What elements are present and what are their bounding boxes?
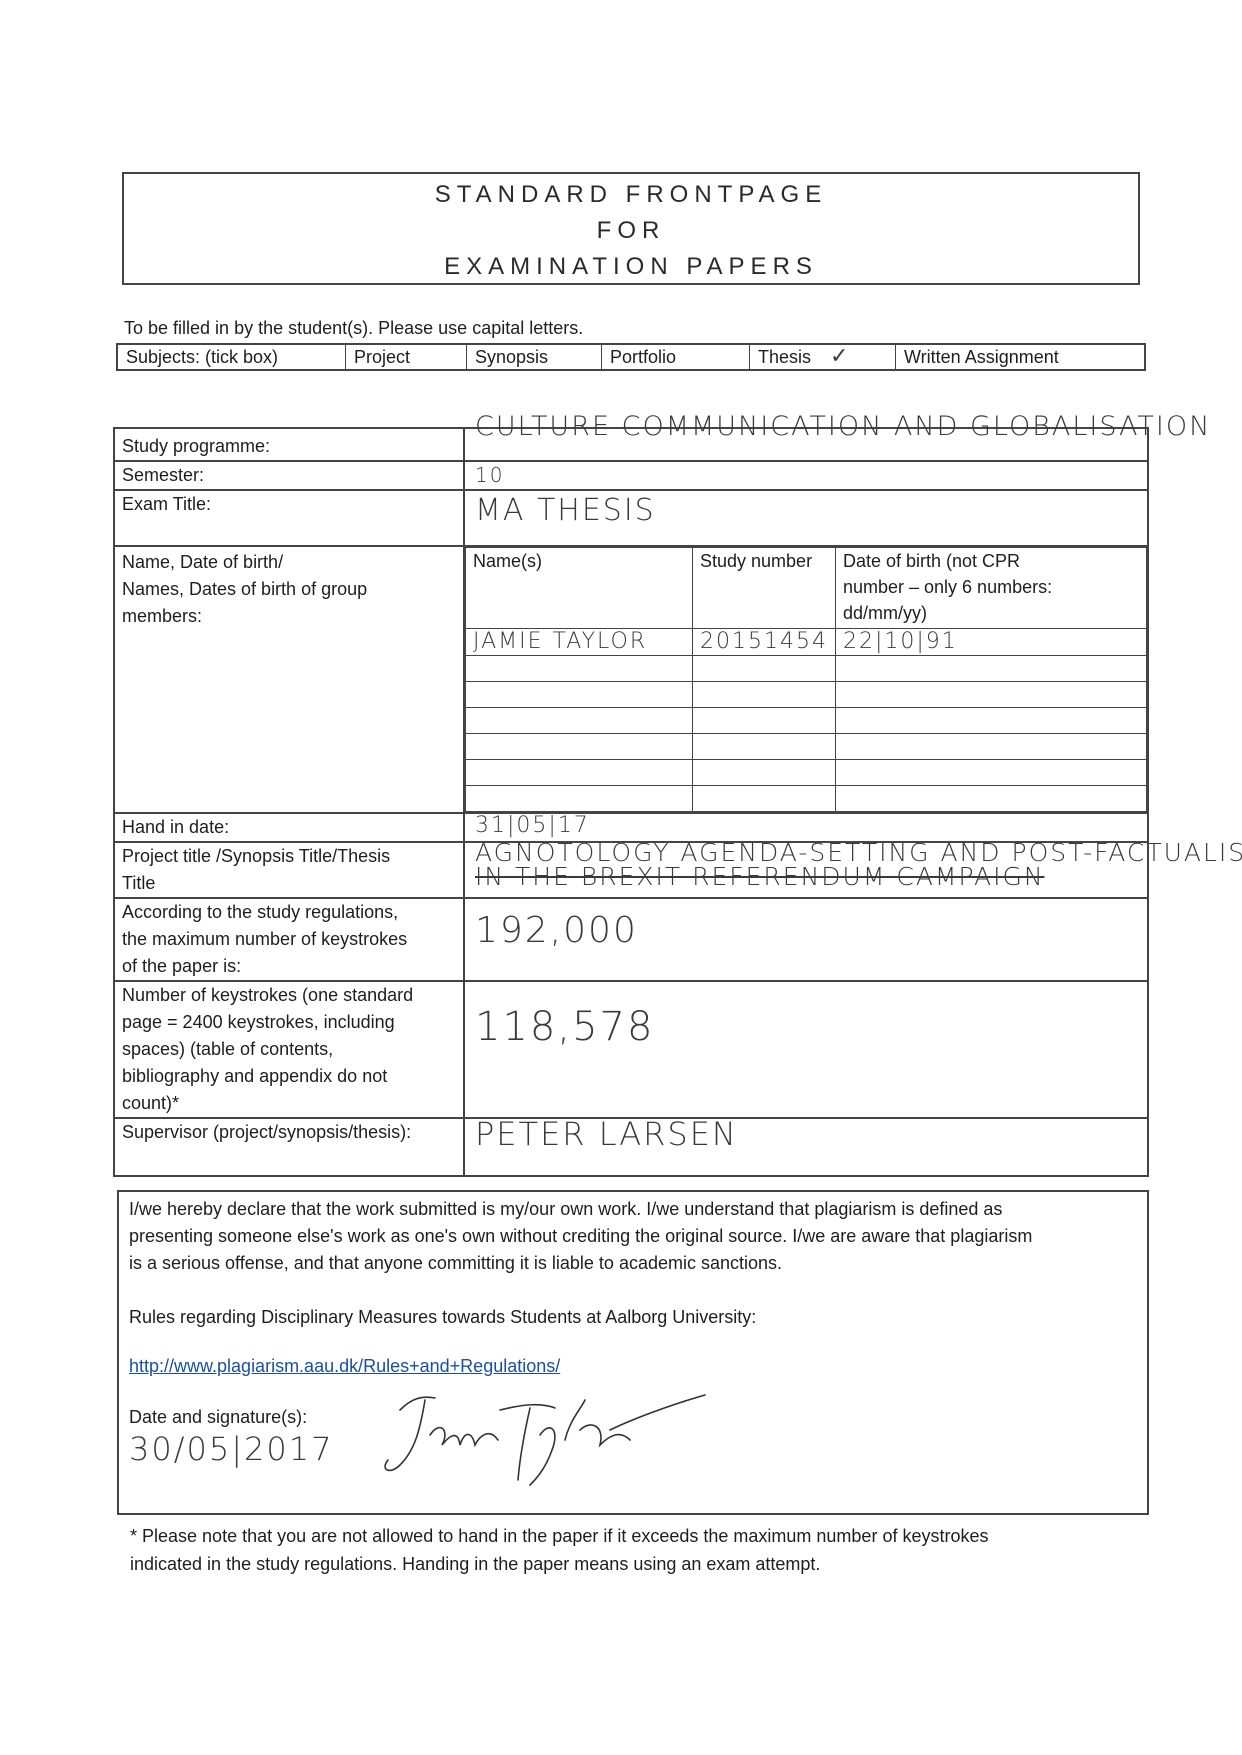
member-name-cell[interactable] — [466, 734, 693, 760]
hand-in-date-label: Hand in date: — [114, 813, 464, 842]
subject-thesis-checkbox[interactable]: Thesis ✓ — [750, 345, 896, 369]
subject-portfolio-checkbox[interactable]: Portfolio — [602, 345, 750, 369]
table-row — [466, 786, 1147, 812]
keystrokes-label-line3: spaces) (table of contents, — [122, 1036, 456, 1063]
check-mark-icon: ✓ — [830, 344, 850, 369]
supervisor-value: PETER LARSEN — [475, 1121, 738, 1148]
members-label-line3: members: — [122, 603, 456, 630]
study-programme-value: CULTURE COMMUNICATION AND GLOBALISATION — [475, 413, 1211, 440]
member-name-cell[interactable] — [466, 656, 693, 682]
subject-thesis-label: Thesis — [758, 347, 811, 367]
project-title-value-line2: IN THE BREXIT REFERENDUM CAMPAIGN — [475, 863, 1045, 890]
semester-value: 10 — [475, 462, 504, 489]
member-dob-cell[interactable] — [835, 760, 1146, 786]
table-row — [466, 734, 1147, 760]
subject-project-label: Project — [354, 347, 410, 367]
dob-header-line1: Date of birth (not CPR — [843, 548, 1139, 574]
member-name-cell[interactable] — [466, 786, 693, 812]
supervisor-label: Supervisor (project/synopsis/thesis): — [114, 1118, 464, 1176]
member-study-number-cell[interactable] — [693, 786, 836, 812]
member-study-number-cell[interactable] — [693, 708, 836, 734]
project-title-field[interactable]: AGNOTOLOGY AGENDA-SETTING AND POST-FACTU… — [464, 842, 1148, 898]
members-label: Name, Date of birth/ Names, Dates of bir… — [114, 546, 464, 813]
study-programme-field[interactable]: CULTURE COMMUNICATION AND GLOBALISATION — [464, 428, 1148, 461]
form-table: Study programme: CULTURE COMMUNICATION A… — [113, 427, 1149, 1177]
signature-field[interactable] — [380, 1390, 740, 1495]
project-title-label: Project title /Synopsis Title/Thesis Tit… — [114, 842, 464, 898]
col-header-dob: Date of birth (not CPR number – only 6 n… — [835, 548, 1146, 629]
exam-title-label: Exam Title: — [114, 490, 464, 546]
col-header-names: Name(s) — [466, 548, 693, 629]
keystrokes-label: Number of keystrokes (one standard page … — [114, 981, 464, 1118]
max-keystrokes-label-line2: the maximum number of keystrokes — [122, 926, 456, 953]
title-line-3: EXAMINATION PAPERS — [124, 249, 1138, 285]
member-name-cell[interactable] — [466, 682, 693, 708]
table-row — [466, 760, 1147, 786]
signature-icon — [380, 1390, 740, 1490]
member-name-cell[interactable]: JAMIE TAYLOR — [466, 629, 693, 656]
member-study-number-cell[interactable]: 20151454 — [693, 629, 836, 656]
keystrokes-label-line1: Number of keystrokes (one standard — [122, 982, 456, 1009]
hand-in-date-value: 31|05|17 — [475, 812, 590, 839]
title-line-2: FOR — [124, 213, 1138, 249]
footnote-line-2: indicated in the study regulations. Hand… — [130, 1550, 1170, 1578]
declaration-line-3: is a serious offense, and that anyone co… — [129, 1250, 1137, 1277]
declaration-line-1: I/we hereby declare that the work submit… — [129, 1196, 1137, 1223]
keystrokes-label-line2: page = 2400 keystrokes, including — [122, 1009, 456, 1036]
members-table-cell: Name(s) Study number Date of birth (not … — [464, 546, 1148, 813]
subject-written-assignment-label: Written Assignment — [904, 347, 1059, 367]
member-study-number-cell[interactable] — [693, 656, 836, 682]
title-line-1: STANDARD FRONTPAGE — [124, 177, 1138, 213]
subject-portfolio-label: Portfolio — [610, 347, 676, 367]
max-keystrokes-field[interactable]: 192,000 — [464, 898, 1148, 981]
members-label-line1: Name, Date of birth/ — [122, 549, 456, 576]
members-label-line2: Names, Dates of birth of group — [122, 576, 456, 603]
semester-label: Semester: — [114, 461, 464, 490]
project-title-label-line1: Project title /Synopsis Title/Thesis — [122, 843, 456, 870]
member-name-cell[interactable] — [466, 708, 693, 734]
max-keystrokes-value: 192,000 — [475, 917, 638, 944]
max-keystrokes-label-line1: According to the study regulations, — [122, 899, 456, 926]
study-programme-label: Study programme: — [114, 428, 464, 461]
project-title-label-line2: Title — [122, 870, 456, 897]
dob-header-line3: dd/mm/yy) — [843, 600, 1139, 626]
exam-title-field[interactable]: MA THESIS — [464, 490, 1148, 546]
title-box: STANDARD FRONTPAGE FOR EXAMINATION PAPER… — [122, 172, 1140, 285]
member-dob-cell[interactable] — [835, 656, 1146, 682]
member-study-number-cell[interactable] — [693, 734, 836, 760]
keystrokes-label-line5: count)* — [122, 1090, 456, 1117]
member-dob-cell[interactable]: 22|10|91 — [835, 629, 1146, 656]
member-study-number-cell[interactable] — [693, 682, 836, 708]
members-table: Name(s) Study number Date of birth (not … — [465, 547, 1147, 812]
subjects-row: Subjects: (tick box) Project Synopsis Po… — [116, 343, 1146, 371]
instruction-text: To be filled in by the student(s). Pleas… — [124, 318, 583, 339]
keystrokes-field[interactable]: 118,578 — [464, 981, 1148, 1118]
subject-project-checkbox[interactable]: Project — [346, 345, 467, 369]
member-dob-cell[interactable] — [835, 786, 1146, 812]
subjects-label: Subjects: (tick box) — [118, 345, 346, 369]
footnote: * Please note that you are not allowed t… — [130, 1522, 1170, 1578]
plagiarism-rules-link[interactable]: http://www.plagiarism.aau.dk/Rules+and+R… — [129, 1356, 560, 1376]
dob-header-line2: number – only 6 numbers: — [843, 574, 1139, 600]
subject-synopsis-label: Synopsis — [475, 347, 548, 367]
keystrokes-label-line4: bibliography and appendix do not — [122, 1063, 456, 1090]
exam-title-value: MA THESIS — [475, 497, 656, 524]
max-keystrokes-label-line3: of the paper is: — [122, 953, 456, 980]
footnote-line-1: * Please note that you are not allowed t… — [130, 1522, 1170, 1550]
col-header-study-number: Study number — [693, 548, 836, 629]
supervisor-field[interactable]: PETER LARSEN — [464, 1118, 1148, 1176]
table-row — [466, 708, 1147, 734]
rules-label: Rules regarding Disciplinary Measures to… — [129, 1304, 1137, 1331]
member-study-number-cell[interactable] — [693, 760, 836, 786]
max-keystrokes-label: According to the study regulations, the … — [114, 898, 464, 981]
table-row — [466, 656, 1147, 682]
table-row: JAMIE TAYLOR 20151454 22|10|91 — [466, 629, 1147, 656]
semester-field[interactable]: 10 — [464, 461, 1148, 490]
subject-synopsis-checkbox[interactable]: Synopsis — [467, 345, 602, 369]
declaration-line-2: presenting someone else's work as one's … — [129, 1223, 1137, 1250]
member-dob-cell[interactable] — [835, 682, 1146, 708]
table-row — [466, 682, 1147, 708]
member-dob-cell[interactable] — [835, 708, 1146, 734]
member-dob-cell[interactable] — [835, 734, 1146, 760]
subject-written-assignment-checkbox[interactable]: Written Assignment — [896, 345, 1144, 369]
keystrokes-value: 118,578 — [475, 1014, 654, 1041]
member-name-cell[interactable] — [466, 760, 693, 786]
